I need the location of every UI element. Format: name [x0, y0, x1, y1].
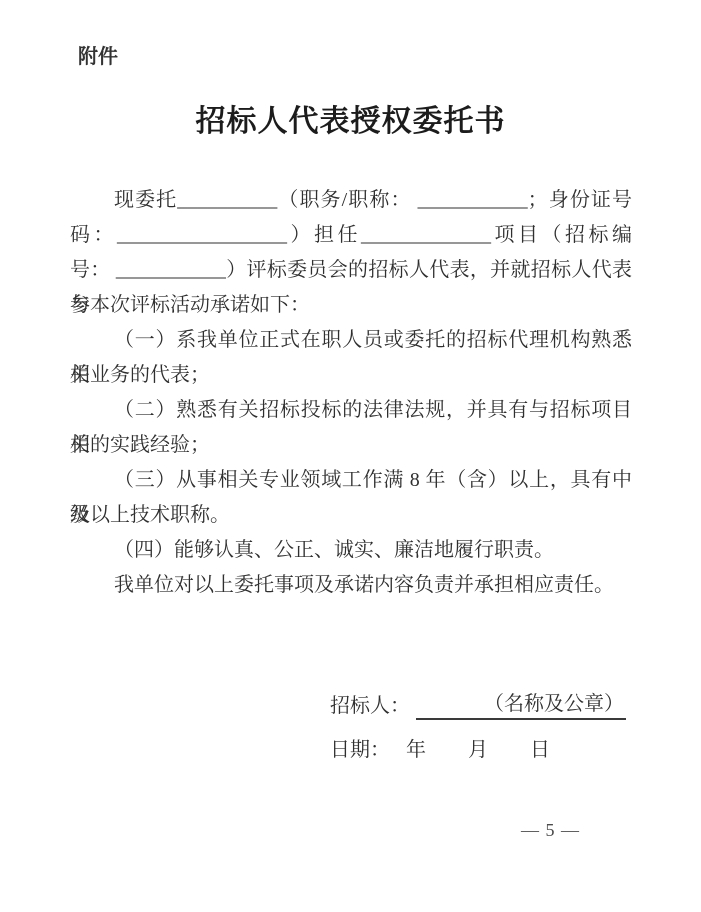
body-line: （一）系我单位正式在职人员或委托的招标代理机构熟悉相 — [70, 323, 632, 358]
day-label: 日 — [530, 739, 550, 761]
attachment-label: 附件 — [78, 40, 118, 69]
year-label: 年 — [406, 739, 426, 761]
signature-line: 招标人：（名称及公章） — [330, 691, 626, 720]
body-line: 关的实践经验； — [70, 428, 632, 463]
body-line: 号： ___________）评标委员会的招标人代表，并就招标人代表参 — [70, 253, 632, 288]
body-line: 码：_________________）担任_____________项目（招标… — [70, 218, 632, 253]
seal-blank: （名称及公章） — [416, 691, 626, 720]
body-line: （二）熟悉有关招标投标的法律法规，并具有与招标项目相 — [70, 393, 632, 428]
body-line: （三）从事相关专业领域工作满 8 年（含）以上，具有中级 — [70, 463, 632, 498]
bidder-label: 招标人： — [330, 695, 410, 717]
date-label: 日期： — [330, 739, 390, 761]
body-line: 与本次评标活动承诺如下： — [70, 288, 632, 323]
body-line: 现委托__________（职务/职称： ___________；身份证号 — [70, 183, 632, 218]
page-number: — 5 — — [521, 820, 580, 841]
body-line: （四）能够认真、公正、诚实、廉洁地履行职责。 — [70, 533, 632, 568]
document-title: 招标人代表授权委托书 — [0, 102, 701, 142]
month-label: 月 — [468, 739, 488, 761]
document-body: 现委托__________（职务/职称： ___________；身份证号 码：… — [70, 183, 632, 603]
body-line: 关业务的代表； — [70, 358, 632, 393]
document-page: { "document": { "attachment_label": "附件"… — [0, 0, 701, 912]
date-line: 日期：年月日 — [330, 736, 550, 764]
body-line: 我单位对以上委托事项及承诺内容负责并承担相应责任。 — [70, 568, 632, 603]
body-line: 及以上技术职称。 — [70, 498, 632, 533]
